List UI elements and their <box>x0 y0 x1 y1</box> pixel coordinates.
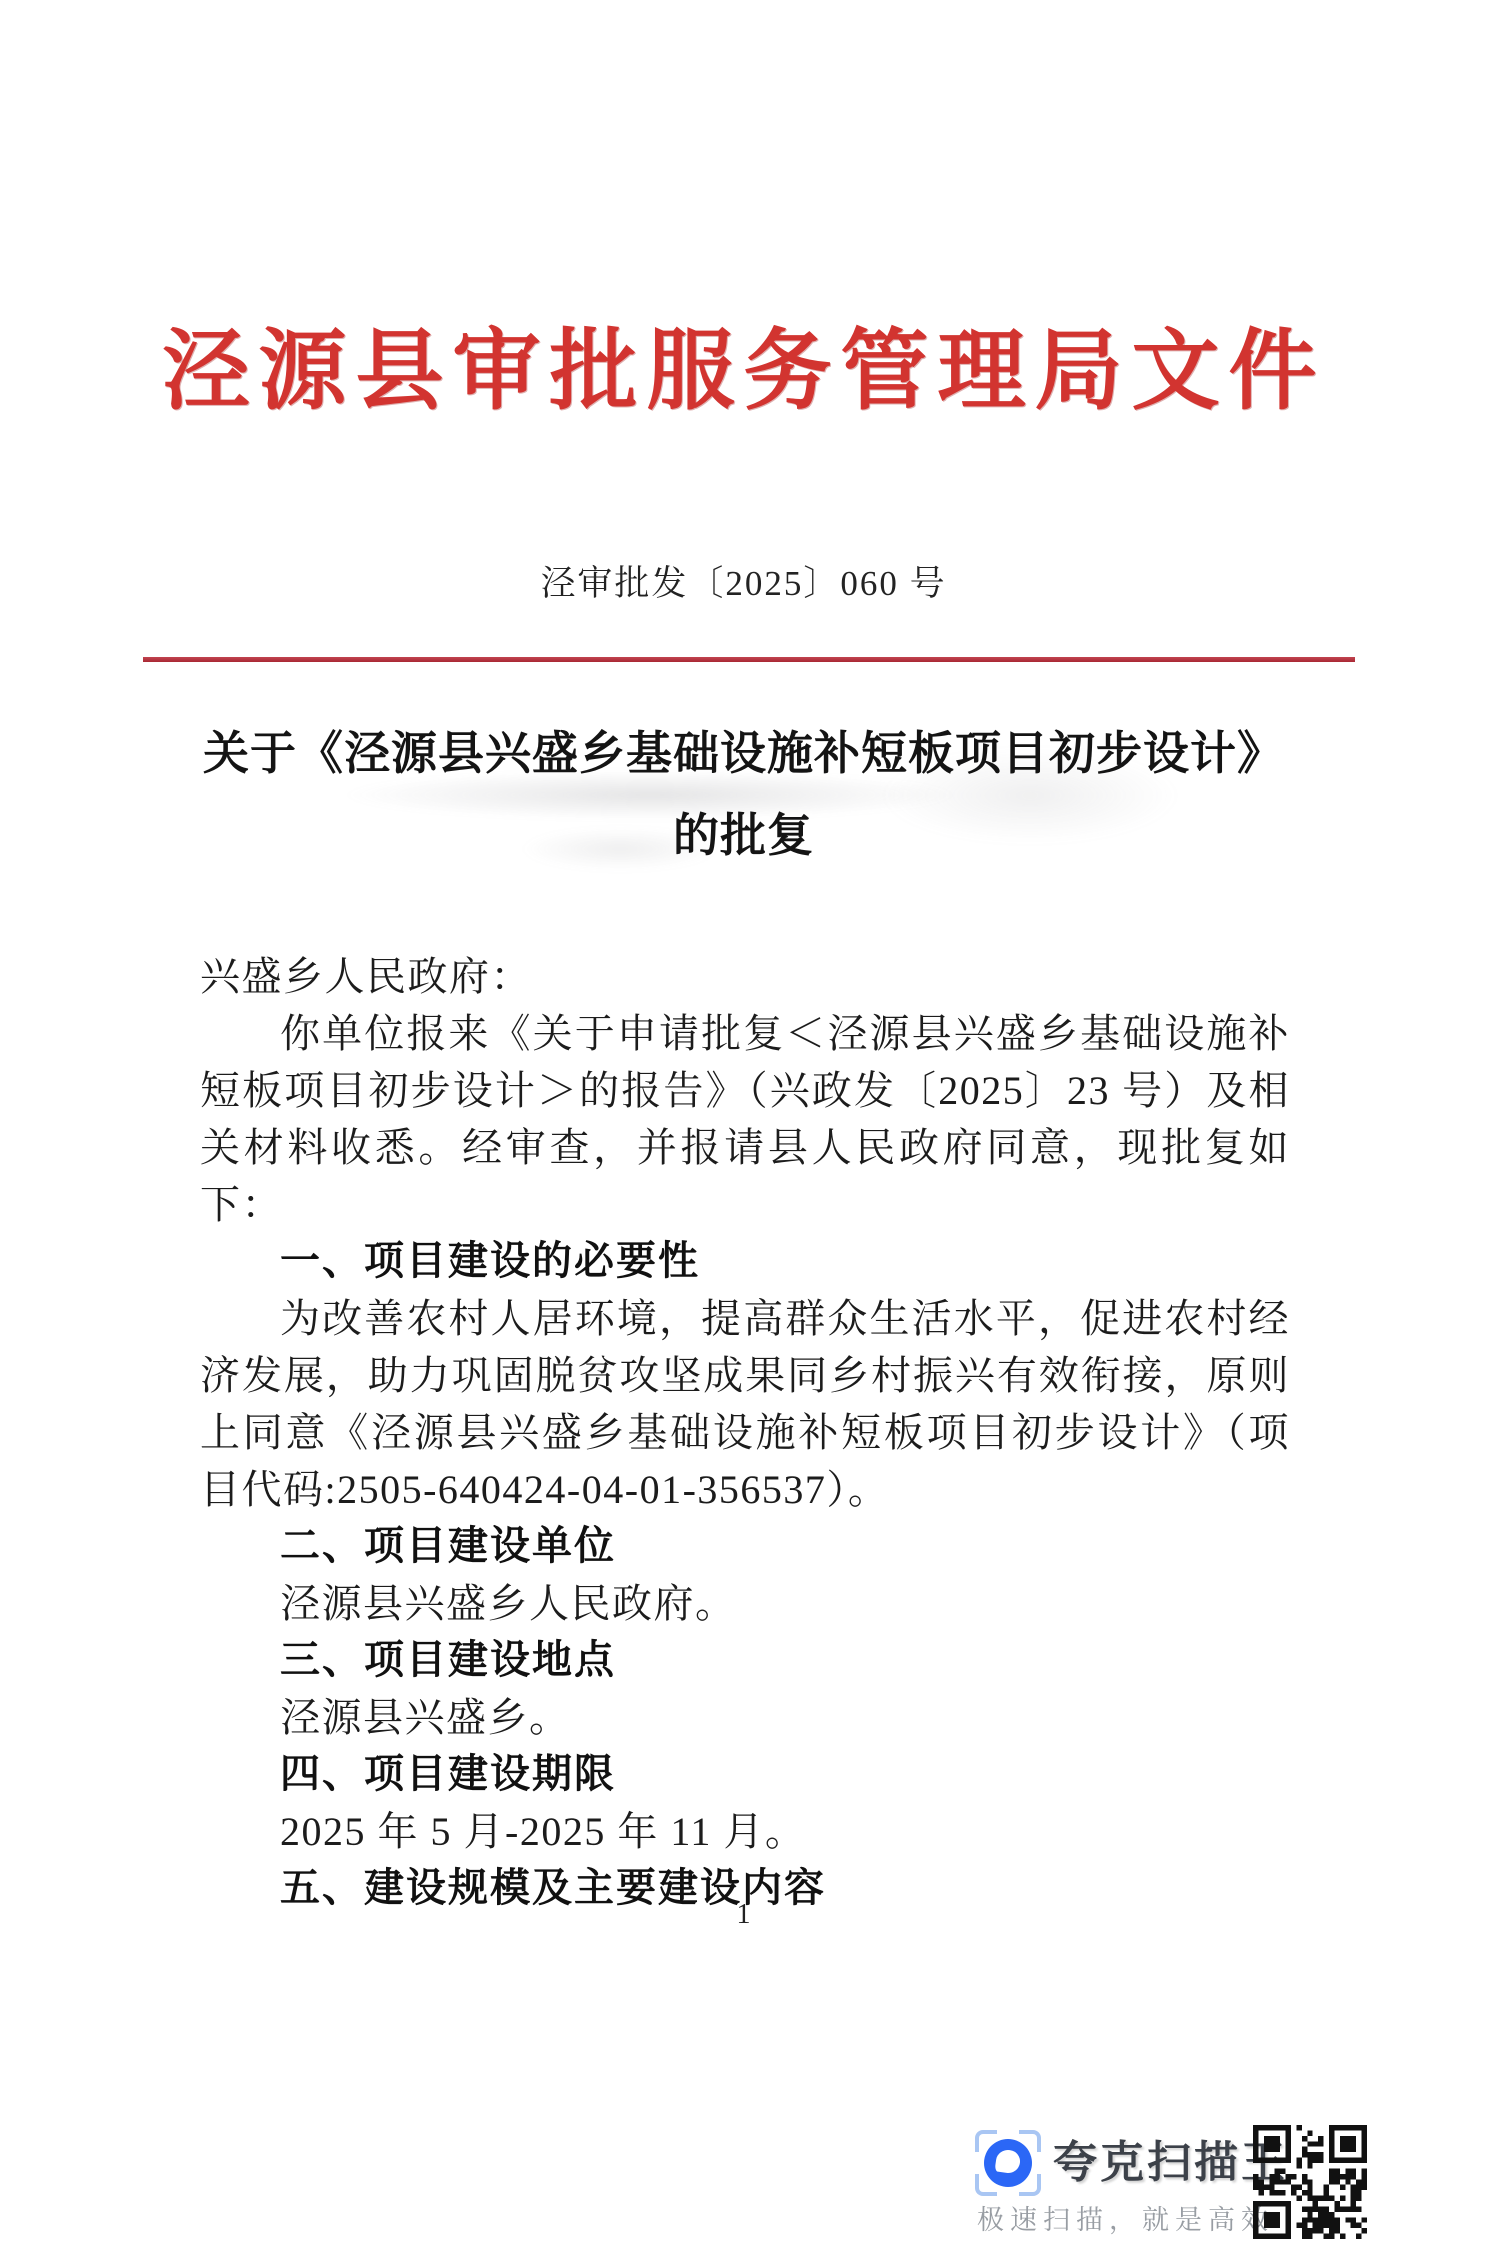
section-heading: 四、项目建设期限 <box>200 1746 1290 1803</box>
quark-circle-icon <box>984 2139 1032 2187</box>
body-paragraph: 2025 年 5 月-2025 年 11 月。 <box>200 1803 1290 1860</box>
body-paragraph: 你单位报来《关于申请批复＜泾源县兴盛乡基础设施补短板项目初步设计＞的报告》（兴政… <box>200 1005 1290 1233</box>
document-body: 兴盛乡人民政府：你单位报来《关于申请批复＜泾源县兴盛乡基础设施补短板项目初步设计… <box>200 948 1290 1917</box>
body-paragraph: 兴盛乡人民政府： <box>200 948 1290 1005</box>
body-paragraph: 为改善农村人居环境，提高群众生活水平，促进农村经济发展，助力巩固脱贫攻坚成果同乡… <box>200 1290 1290 1518</box>
red-header-title: 泾源县审批服务管理局文件 <box>0 318 1487 428</box>
quark-logo-icon <box>975 2130 1041 2196</box>
qr-code <box>1253 2122 1367 2242</box>
quark-blob-icon <box>995 2148 1022 2174</box>
document-title-line1: 关于《泾源县兴盛乡基础设施补短板项目初步设计》 <box>0 722 1487 784</box>
scanner-tagline: 极速扫描，就是高效 <box>977 2204 1274 2236</box>
section-heading: 三、项目建设地点 <box>200 1632 1290 1689</box>
body-paragraph: 泾源县兴盛乡人民政府。 <box>200 1575 1290 1632</box>
document-title-line2: 的批复 <box>0 804 1487 866</box>
section-heading: 二、项目建设单位 <box>200 1518 1290 1575</box>
body-paragraph: 泾源县兴盛乡。 <box>200 1689 1290 1746</box>
section-heading: 一、项目建设的必要性 <box>200 1233 1290 1290</box>
document-page: 泾源县审批服务管理局文件 泾审批发〔2025〕060 号 关于《泾源县兴盛乡基础… <box>0 0 1487 2267</box>
red-divider-line <box>143 657 1355 662</box>
document-number: 泾审批发〔2025〕060 号 <box>0 563 1487 605</box>
scanner-watermark: 夸克扫描王 极速扫描，就是高效 <box>965 2118 1377 2254</box>
page-number: 1 <box>0 1898 1487 1932</box>
